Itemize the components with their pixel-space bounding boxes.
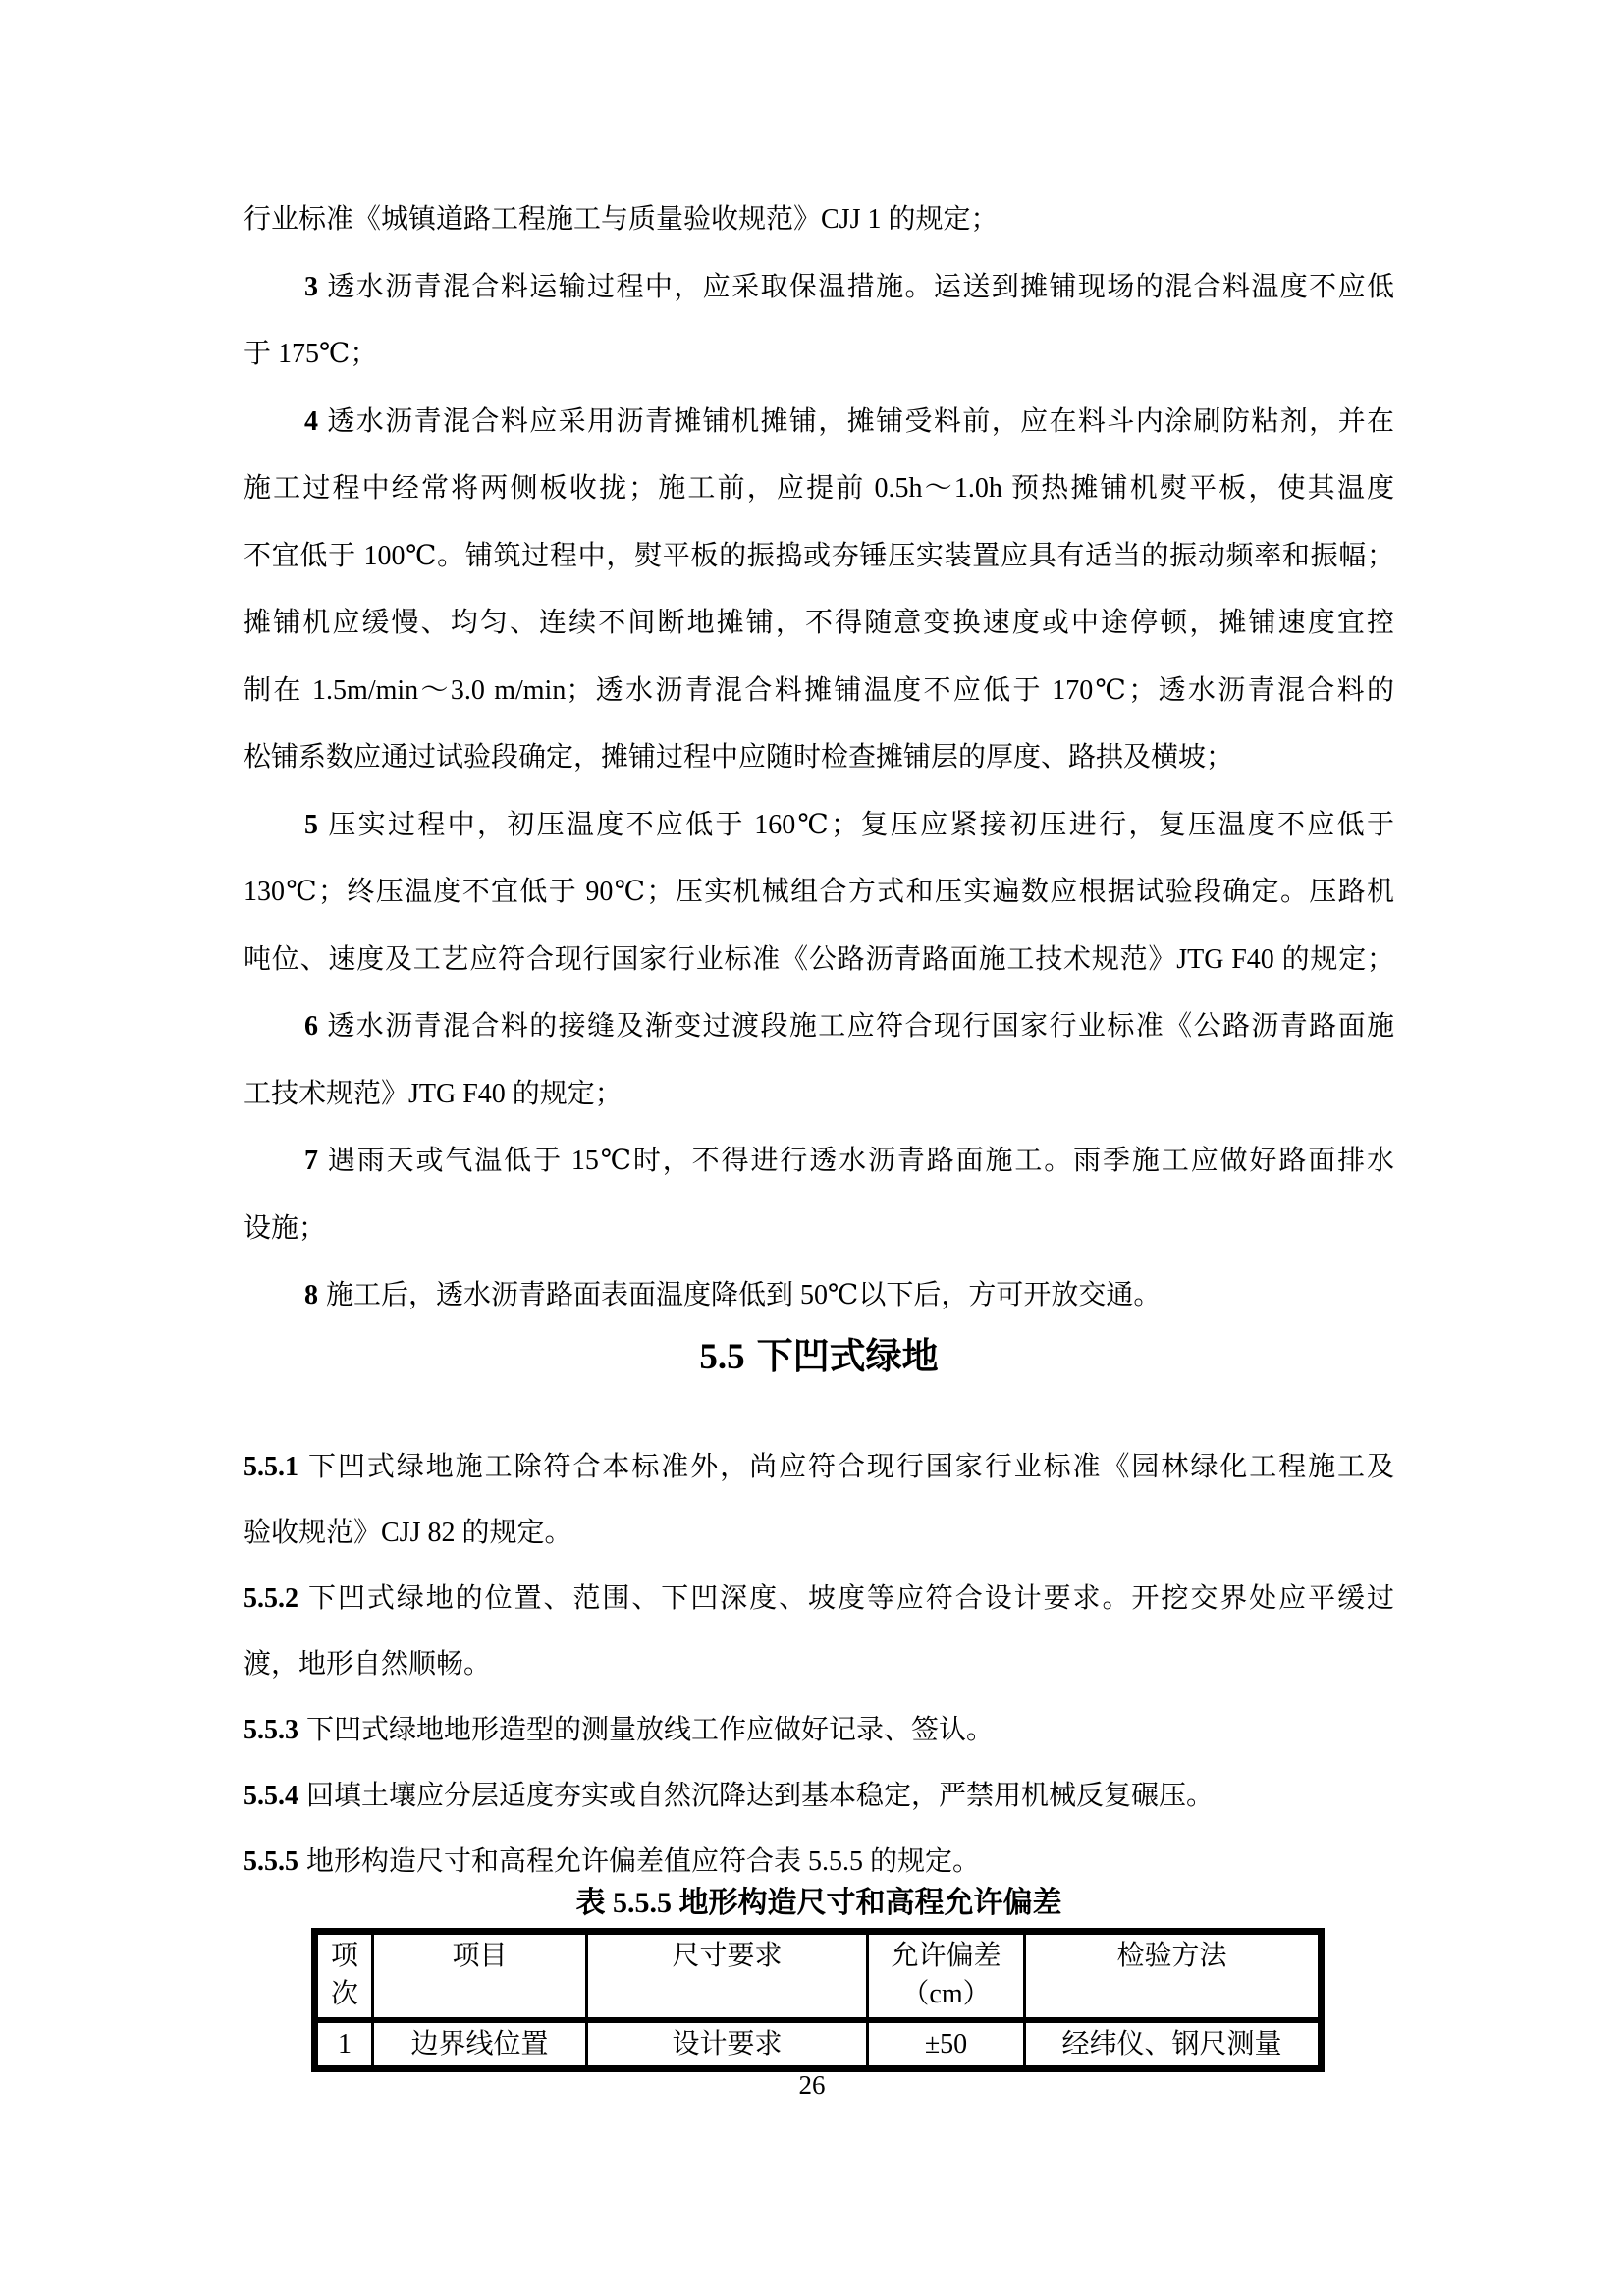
- clause-number: 4: [304, 406, 318, 437]
- table-caption: 表 5.5.5 地形构造尺寸和高程允许偏差: [244, 1881, 1394, 1926]
- table-header-cell: 检验方法: [1025, 1932, 1322, 2021]
- section-number: 5.5: [699, 1337, 744, 1377]
- clause-number: 5.5.2: [244, 1583, 298, 1614]
- text-line: 5压实过程中，初压温度不应低于 160℃；复压应紧接初压进行，复压温度不应低于: [244, 792, 1394, 860]
- text-line: 渡，地形自然顺畅。: [244, 1631, 1394, 1697]
- text-line: 设施；: [244, 1196, 1394, 1263]
- text-line: 行业标准《城镇道路工程施工与质量验收规范》CJJ 1 的规定；: [244, 187, 1394, 254]
- text-line: 摊铺机应缓慢、均匀、连续不间断地摊铺，不得随意变换速度或中途停顿，摊铺速度宜控: [244, 590, 1394, 658]
- text-line: 5.5.1下凹式绿地施工除符合本标准外，尚应符合现行国家行业标准《园林绿化工程施…: [244, 1434, 1394, 1500]
- text-line: 松铺系数应通过试验段确定，摊铺过程中应随时检查摊铺层的厚度、路拱及横坡；: [244, 724, 1394, 792]
- text-line: 验收规范》CJJ 82 的规定。: [244, 1500, 1394, 1566]
- clause-number: 8: [304, 1280, 318, 1310]
- clause-number: 6: [304, 1011, 318, 1041]
- clause-number: 5.5.1: [244, 1452, 298, 1482]
- text-line: 6透水沥青混合料的接缝及渐变过渡段施工应符合现行国家行业标准《公路沥青路面施: [244, 993, 1394, 1061]
- table-cell: 边界线位置: [373, 2020, 587, 2069]
- table-row: 1边界线位置设计要求±50经纬仪、钢尺测量: [315, 2020, 1322, 2069]
- text-line: 不宜低于 100℃。铺筑过程中，熨平板的振捣或夯锤压实装置应具有适当的振动频率和…: [244, 523, 1394, 591]
- text-line: 5.5.3下凹式绿地地形造型的测量放线工作应做好记录、签认。: [244, 1697, 1394, 1763]
- section-heading: 5.5下凹式绿地: [244, 1323, 1394, 1392]
- clause-number: 5: [304, 810, 318, 840]
- text-line: 3透水沥青混合料运输过程中，应采取保温措施。运送到摊铺现场的混合料温度不应低: [244, 254, 1394, 322]
- table-cell: 1: [315, 2020, 373, 2069]
- text-line: 于 175℃；: [244, 321, 1394, 389]
- text-line: 工技术规范》JTG F40 的规定；: [244, 1061, 1394, 1129]
- text-line: 吨位、速度及工艺应符合现行国家行业标准《公路沥青路面施工技术规范》JTG F40…: [244, 927, 1394, 994]
- document-page: 行业标准《城镇道路工程施工与质量验收规范》CJJ 1 的规定；3透水沥青混合料运…: [0, 0, 1624, 2296]
- table-header-cell: 项目: [373, 1932, 587, 2021]
- table-cell: ±50: [868, 2020, 1025, 2069]
- text-line: 施工过程中经常将两侧板收拢；施工前，应提前 0.5h～1.0h 预热摊铺机熨平板…: [244, 455, 1394, 523]
- text-line: 130℃；终压温度不宜低于 90℃；压实机械组合方式和压实遍数应根据试验段确定。…: [244, 859, 1394, 927]
- table-header-row: 项次项目尺寸要求允许偏差（cm）检验方法: [315, 1932, 1322, 2021]
- table-header-cell: 尺寸要求: [587, 1932, 868, 2021]
- text-line: 7遇雨天或气温低于 15℃时，不得进行透水沥青路面施工。雨季施工应做好路面排水: [244, 1128, 1394, 1196]
- tolerance-table: 项次项目尺寸要求允许偏差（cm）检验方法1边界线位置设计要求±50经纬仪、钢尺测…: [311, 1928, 1325, 2072]
- section-title: 下凹式绿地: [757, 1337, 939, 1377]
- table-header-cell: 允许偏差（cm）: [868, 1932, 1025, 2021]
- text-line: 4透水沥青混合料应采用沥青摊铺机摊铺，摊铺受料前，应在料斗内涂刷防粘剂，并在: [244, 389, 1394, 456]
- text-line: 8施工后，透水沥青路面表面温度降低到 50℃以下后，方可开放交通。: [244, 1262, 1394, 1330]
- table-header-cell: 项次: [315, 1932, 373, 2021]
- body-text-block-2: 5.5.1下凹式绿地施工除符合本标准外，尚应符合现行国家行业标准《园林绿化工程施…: [244, 1434, 1394, 1895]
- text-line: 5.5.2下凹式绿地的位置、范围、下凹深度、坡度等应符合设计要求。开挖交界处应平…: [244, 1566, 1394, 1631]
- clause-number: 3: [304, 272, 318, 302]
- table-cell: 经纬仪、钢尺测量: [1025, 2020, 1322, 2069]
- text-line: 制在 1.5m/min～3.0 m/min；透水沥青混合料摊铺温度不应低于 17…: [244, 658, 1394, 725]
- text-line: 5.5.4回填土壤应分层适度夯实或自然沉降达到基本稳定，严禁用机械反复碾压。: [244, 1763, 1394, 1829]
- body-text-block-1: 行业标准《城镇道路工程施工与质量验收规范》CJJ 1 的规定；3透水沥青混合料运…: [244, 187, 1394, 1330]
- clause-number: 5.5.5: [244, 1846, 298, 1877]
- table-cell: 设计要求: [587, 2020, 868, 2069]
- clause-number: 5.5.3: [244, 1715, 298, 1745]
- page-number: 26: [0, 2064, 1624, 2106]
- clause-number: 7: [304, 1146, 318, 1176]
- clause-number: 5.5.4: [244, 1781, 298, 1811]
